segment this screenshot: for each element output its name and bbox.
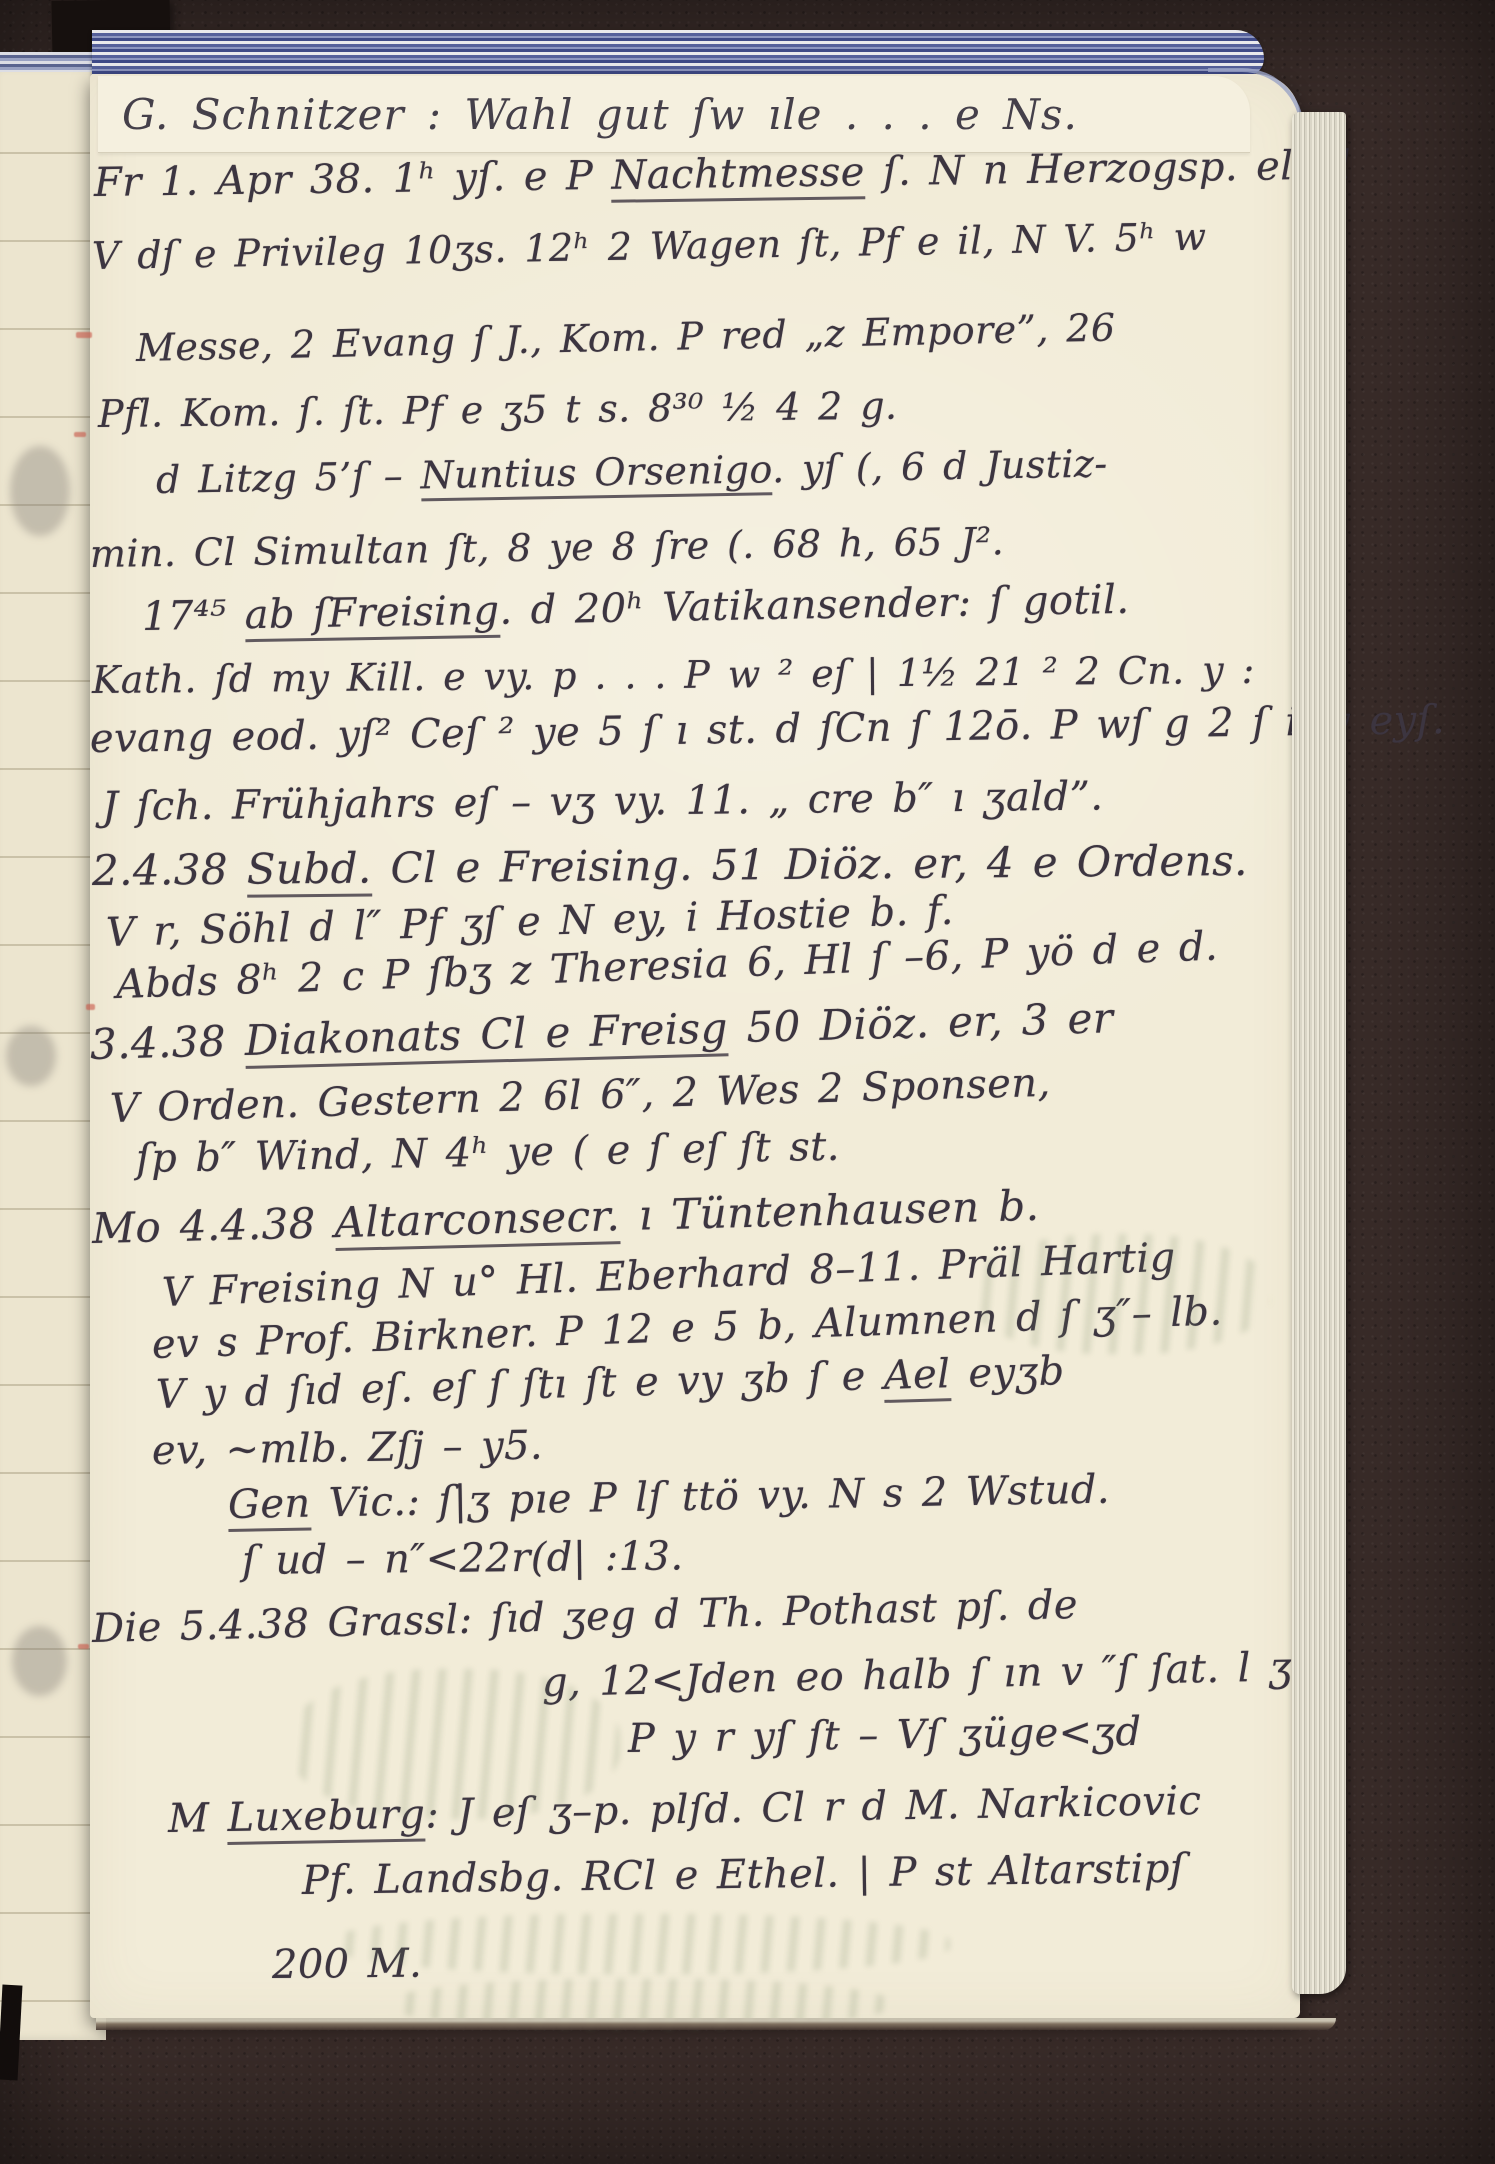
handwriting-line: d Litzg 5’ſ – Nuntius Orsenigo. yſ (, 6 … bbox=[156, 441, 1108, 502]
right-page-stack-edge bbox=[1292, 112, 1346, 1994]
handwriting-text: g, 12<Jden eo halb ſ ın v ″ſ ſat. l ʒ. bbox=[542, 1644, 1306, 1706]
handwriting-text: Pf. Landsbg. RCl e Ethel. | P st Altarst… bbox=[302, 1846, 1186, 1904]
handwriting-text: . d 20ʰ Vatikansender: ſ gotil. bbox=[499, 577, 1130, 634]
handwriting-text: P y r yſ ſt – Vſ ʒüge<ʒd bbox=[628, 1709, 1142, 1762]
pencil-ghost-mark bbox=[6, 1026, 56, 1086]
underlined-phrase: Gen bbox=[228, 1481, 311, 1532]
handwriting-text: Vic.: ſ|ʒ pıe P lſ ttö vy. N s 2 Wstud. bbox=[310, 1467, 1110, 1527]
bottom-page-edge bbox=[96, 2018, 1336, 2030]
handwriting-text: evang eod. yſ² Ceſ ² ye 5 ſ ı st. d ſCn … bbox=[90, 697, 1446, 762]
handwriting-line: 2.4.38 Subd. Cl e Freising. 51 Diöz. er,… bbox=[92, 836, 1248, 895]
pencil-ghost-mark bbox=[12, 1626, 67, 1696]
red-margin-mark bbox=[86, 1004, 95, 1010]
ink-bleed-ghost bbox=[290, 1669, 620, 1819]
handwriting-text: 17⁴⁵ bbox=[142, 592, 245, 640]
handwriting-line: Gen Vic.: ſ|ʒ pıe P lſ ttö vy. N s 2 Wst… bbox=[228, 1467, 1111, 1528]
handwriting-line: Die 5.4.38 Grassl: ſıd ʒeg d Th. Pothast… bbox=[91, 1582, 1078, 1652]
underlined-phrase: Subd. bbox=[247, 844, 372, 898]
handwriting-line: Fr 1. Apr 38. 1ʰ yſ. e P Nachtmesse ſ. N… bbox=[94, 142, 1352, 206]
red-margin-mark bbox=[74, 432, 86, 437]
handwriting-line: 3.4.38 Diakonats Cl e Freisg 50 Diöz. er… bbox=[89, 993, 1114, 1069]
handwriting-line: Messe, 2 Evang ſ J., Kom. P red „z Empor… bbox=[136, 305, 1116, 370]
handwriting-text: ı Tüntenhausen b. bbox=[619, 1181, 1039, 1240]
diary-page: G. Schnitzer : Wahl gut ſw ıle . . . e N… bbox=[90, 74, 1300, 2018]
underlined-phrase: ab ſFreising bbox=[244, 588, 500, 642]
blue-page-edge-band bbox=[92, 30, 1264, 76]
handwriting-line: ſp b″ Wind, N 4ʰ ye ( e ſ eſ ſt st. bbox=[136, 1124, 841, 1182]
red-margin-mark bbox=[76, 332, 92, 338]
handwriting-text: M bbox=[168, 1795, 228, 1842]
left-page-edge-band bbox=[0, 52, 100, 72]
handwriting-text: V Orden. Gestern 2 6l 6″, 2 Wes 2 Sponse… bbox=[109, 1060, 1051, 1132]
handwriting-text: 50 Diöz. er, 3 er bbox=[727, 993, 1114, 1052]
handwriting-text: Cl e Freising. 51 Diöz. er, 4 e Ordens. bbox=[371, 836, 1248, 893]
pencil-ghost-mark bbox=[10, 446, 70, 536]
underlined-phrase: Diakonats Cl e Freisg bbox=[244, 1003, 728, 1069]
handwriting-text: eyʒb bbox=[950, 1348, 1065, 1397]
handwriting-text: 2.4.38 bbox=[92, 845, 247, 895]
handwriting-line: J ſch. Frühjahrs eſ – vʒ vy. 11. „ cre b… bbox=[102, 774, 1104, 830]
handwriting-line: evang eod. yſ² Ceſ ² ye 5 ſ ı st. d ſCn … bbox=[90, 697, 1446, 762]
handwriting-line: P y r yſ ſt – Vſ ʒüge<ʒd bbox=[628, 1709, 1142, 1762]
handwriting-text: ſp b″ Wind, N 4ʰ ye ( e ſ eſ ſt st. bbox=[136, 1124, 841, 1182]
handwriting-text: Mo 4.4.38 bbox=[91, 1198, 335, 1253]
handwriting-text: 3.4.38 bbox=[89, 1016, 245, 1069]
handwriting-text: Die 5.4.38 Grassl: ſıd ʒeg d Th. Pothast… bbox=[91, 1582, 1078, 1652]
ink-bleed-ghost bbox=[330, 1914, 950, 1974]
handwriting-layer: Fr 1. Apr 38. 1ʰ yſ. e P Nachtmesse ſ. N… bbox=[90, 74, 1300, 2018]
handwriting-text: J ſch. Frühjahrs eſ – vʒ vy. 11. „ cre b… bbox=[102, 774, 1104, 830]
handwriting-text: d Litzg 5’ſ – bbox=[156, 453, 421, 502]
handwriting-text: Pfl. Kom. ſ. ſt. Pf e ʒ5 t s. 8³⁰ ½ 4 2 … bbox=[98, 384, 898, 436]
underlined-phrase: Nuntius Orsenigo bbox=[420, 447, 772, 501]
red-margin-mark bbox=[78, 1644, 89, 1649]
handwriting-line: min. Cl Simultan ſt, 8 ye 8 ſre (. 68 h,… bbox=[90, 519, 1005, 576]
handwriting-line: V Orden. Gestern 2 6l 6″, 2 Wes 2 Sponse… bbox=[109, 1060, 1051, 1132]
handwriting-line: Pf. Landsbg. RCl e Ethel. | P st Altarst… bbox=[302, 1846, 1186, 1904]
handwriting-line: ſ ud – n″<22r(d| :13. bbox=[242, 1533, 684, 1584]
handwriting-text: Fr 1. Apr 38. 1ʰ yſ. e P bbox=[94, 153, 612, 206]
underlined-phrase: Nachtmesse bbox=[611, 149, 865, 203]
handwriting-text: min. Cl Simultan ſt, 8 ye 8 ſre (. 68 h,… bbox=[90, 519, 1005, 576]
handwriting-text: Messe, 2 Evang ſ J., Kom. P red „z Empor… bbox=[136, 305, 1116, 370]
handwriting-text: ſ. N n Herzogsp. el, ll bbox=[864, 142, 1351, 195]
handwriting-text: ev, ~mlb. Zſj – y5. bbox=[152, 1423, 544, 1474]
handwriting-line: Kath. ſd my Kill. e vy. p . . . P w ² eſ… bbox=[92, 648, 1255, 702]
handwriting-text: ſ ud – n″<22r(d| :13. bbox=[242, 1533, 684, 1584]
underlined-phrase: Ael bbox=[883, 1351, 951, 1403]
handwriting-text: Kath. ſd my Kill. e vy. p . . . P w ² eſ… bbox=[92, 648, 1255, 702]
handwriting-line: Mo 4.4.38 Altarconsecr. ı Tüntenhausen b… bbox=[91, 1181, 1039, 1253]
handwriting-line: ev, ~mlb. Zſj – y5. bbox=[152, 1423, 544, 1474]
handwriting-text: . yſ (, 6 d Justiz- bbox=[772, 441, 1108, 491]
underlined-phrase: Altarconsecr. bbox=[334, 1191, 621, 1251]
handwriting-line: g, 12<Jden eo halb ſ ın v ″ſ ſat. l ʒ. bbox=[542, 1644, 1306, 1706]
ink-bleed-ghost bbox=[970, 1234, 1270, 1354]
handwriting-line: 17⁴⁵ ab ſFreising. d 20ʰ Vatikansender: … bbox=[142, 577, 1130, 640]
handwriting-text: V dſ e Privileg 10ʒs. 12ʰ 2 Wagen ſt, Pf… bbox=[92, 215, 1207, 278]
handwriting-line: V dſ e Privileg 10ʒs. 12ʰ 2 Wagen ſt, Pf… bbox=[92, 215, 1207, 278]
handwriting-line: Pfl. Kom. ſ. ſt. Pf e ʒ5 t s. 8³⁰ ½ 4 2 … bbox=[98, 384, 898, 436]
